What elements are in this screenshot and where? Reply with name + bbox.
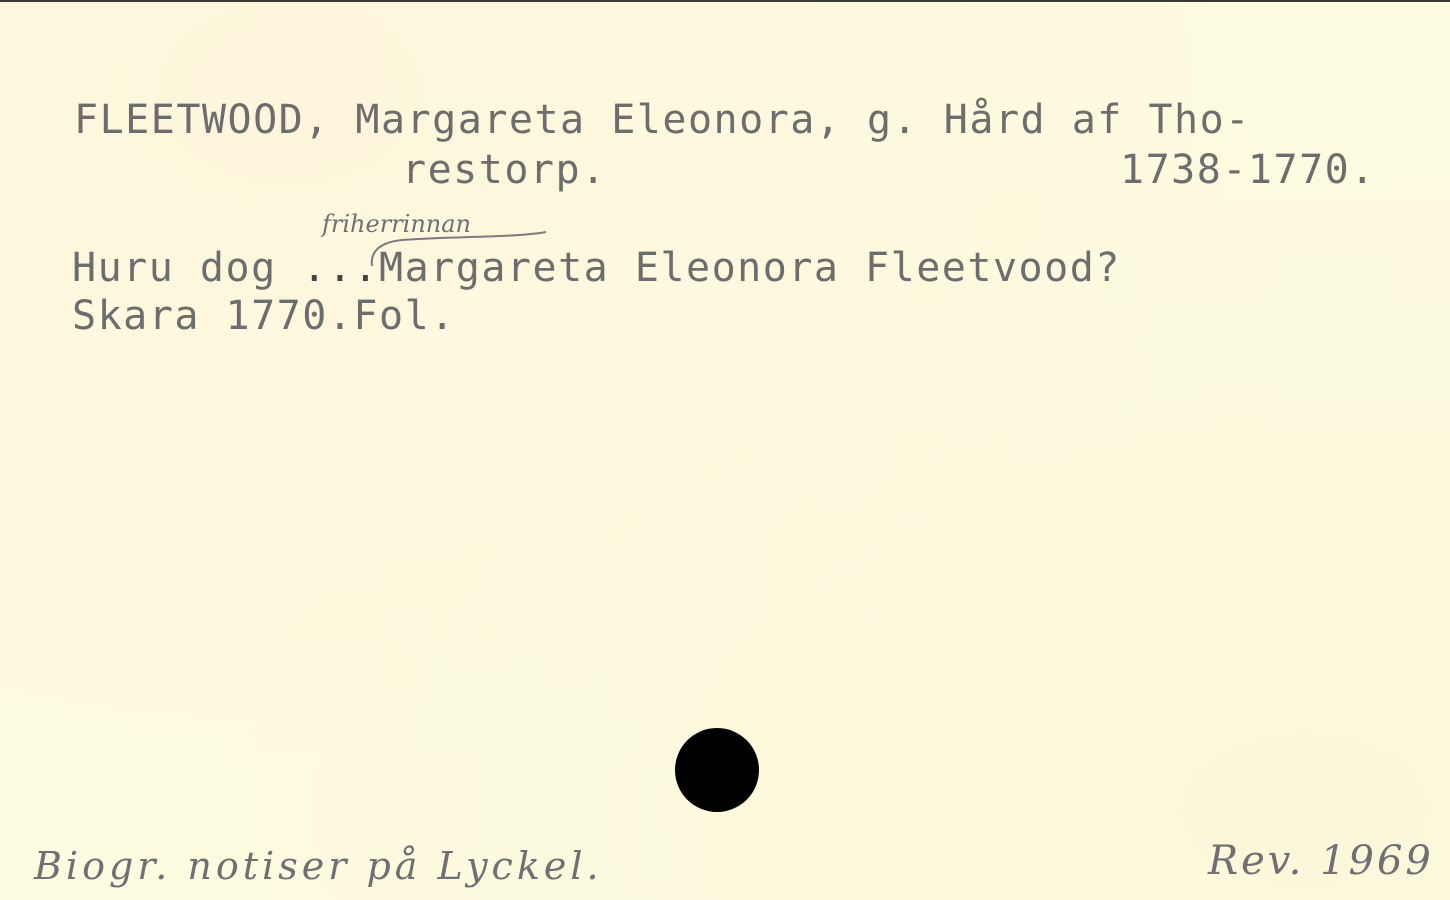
handwritten-revision-note: Rev. 1969 <box>1208 838 1434 884</box>
title-line-1: Huru dog ...Margareta Eleonora Fleetvood… <box>72 244 1121 292</box>
handwritten-note-biographical: Biogr. notiser på Lyckel. <box>34 844 603 888</box>
heading-line-2-name-continuation: restorp. <box>402 146 607 194</box>
title-ellipsis: ... <box>302 245 379 291</box>
life-dates: 1738-1770. <box>1120 146 1376 194</box>
catalog-card: FLEETWOOD, Margareta Eleonora, g. Hård a… <box>0 2 1450 900</box>
punch-hole <box>675 728 759 812</box>
title-prefix: Huru dog <box>72 245 302 291</box>
title-rest: Margareta Eleonora Fleetvood? <box>379 245 1121 291</box>
imprint-line: Skara 1770.Fol. <box>72 292 456 340</box>
heading-line-1: FLEETWOOD, Margareta Eleonora, g. Hård a… <box>74 96 1251 144</box>
